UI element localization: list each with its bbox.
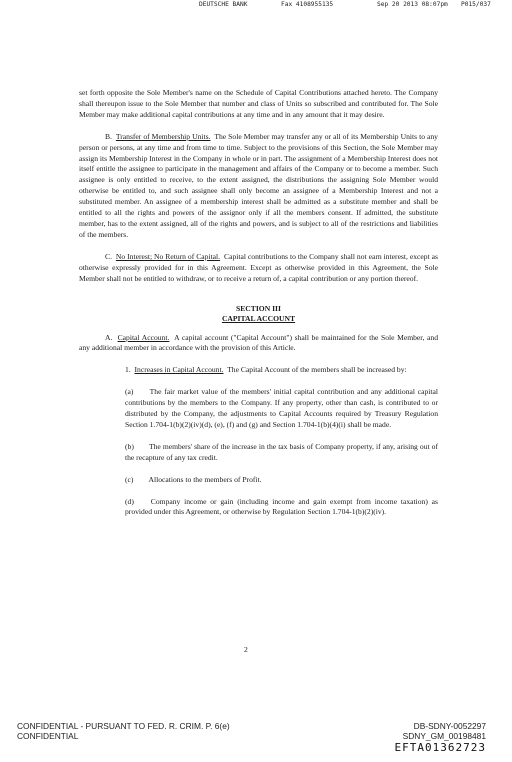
paragraph-b-text: The Sole Member may transfer any or all … bbox=[79, 132, 438, 239]
footer-right: DB-SDNY-0052297 SDNY_GM_00198481 EFTA013… bbox=[395, 721, 486, 754]
subitem-a: (a) The fair market value of the members… bbox=[79, 387, 438, 431]
item-1-label: 1. bbox=[125, 365, 131, 374]
section-number: SECTION III bbox=[79, 304, 438, 314]
paragraph-b-label: B. bbox=[105, 132, 112, 141]
subitem-b: (b) The members' share of the increase i… bbox=[79, 442, 438, 464]
subitem-d-label: (d) bbox=[125, 497, 147, 508]
fax-sender: DEUTSCHE BANK bbox=[199, 1, 247, 8]
bates-sdny: SDNY_GM_00198481 bbox=[395, 731, 486, 741]
paragraph-c-heading: No Interest; No Return of Capital. bbox=[116, 252, 220, 261]
paragraph-a-label: A. bbox=[105, 333, 112, 342]
paragraph-b: B. Transfer of Membership Units. The Sol… bbox=[79, 132, 438, 241]
subitem-d: (d) Company income or gain (including in… bbox=[79, 497, 438, 519]
fax-page: P015/037 bbox=[461, 1, 491, 8]
paragraph-a: A. Capital Account. A capital account ("… bbox=[79, 333, 438, 355]
subitem-a-text: The fair market value of the members' in… bbox=[125, 387, 438, 429]
paragraph-b-heading: Transfer of Membership Units. bbox=[116, 132, 211, 141]
fax-number: Fax 4108955135 bbox=[281, 1, 333, 8]
page-number: 2 bbox=[244, 645, 248, 654]
bates-efta: EFTA01362723 bbox=[395, 741, 486, 754]
subitem-c-text: Allocations to the members of Profit. bbox=[148, 475, 261, 484]
section-title: CAPITAL ACCOUNT bbox=[79, 314, 438, 324]
subitem-d-text: Company income or gain (including income… bbox=[125, 497, 438, 517]
item-1: 1. Increases in Capital Account. The Cap… bbox=[79, 365, 438, 376]
bates-db: DB-SDNY-0052297 bbox=[395, 721, 486, 731]
subitem-c: (c) Allocations to the members of Profit… bbox=[79, 475, 438, 486]
subitem-c-label: (c) bbox=[125, 475, 147, 486]
footer-left: CONFIDENTIAL - PURSUANT TO FED. R. CRIM.… bbox=[17, 721, 230, 741]
subitem-b-text: The members' share of the increase in th… bbox=[125, 442, 438, 462]
paragraph-intro: set forth opposite the Sole Member's nam… bbox=[79, 88, 438, 121]
item-1-text: The Capital Account of the members shall… bbox=[227, 365, 406, 374]
fax-datetime: Sep 20 2013 08:07pm bbox=[377, 1, 448, 8]
subitem-b-label: (b) bbox=[125, 442, 147, 453]
document-body: set forth opposite the Sole Member's nam… bbox=[79, 88, 438, 518]
subitem-a-label: (a) bbox=[125, 387, 147, 398]
confidential-notice: CONFIDENTIAL - PURSUANT TO FED. R. CRIM.… bbox=[17, 721, 230, 731]
item-1-heading: Increases in Capital Account. bbox=[135, 365, 224, 374]
paragraph-c-label: C. bbox=[105, 252, 112, 261]
paragraph-a-heading: Capital Account. bbox=[118, 333, 170, 342]
fax-header: DEUTSCHE BANK Fax 4108955135 Sep 20 2013… bbox=[199, 0, 499, 10]
confidential-label: CONFIDENTIAL bbox=[17, 731, 230, 741]
paragraph-c: C. No Interest; No Return of Capital. Ca… bbox=[79, 252, 438, 285]
